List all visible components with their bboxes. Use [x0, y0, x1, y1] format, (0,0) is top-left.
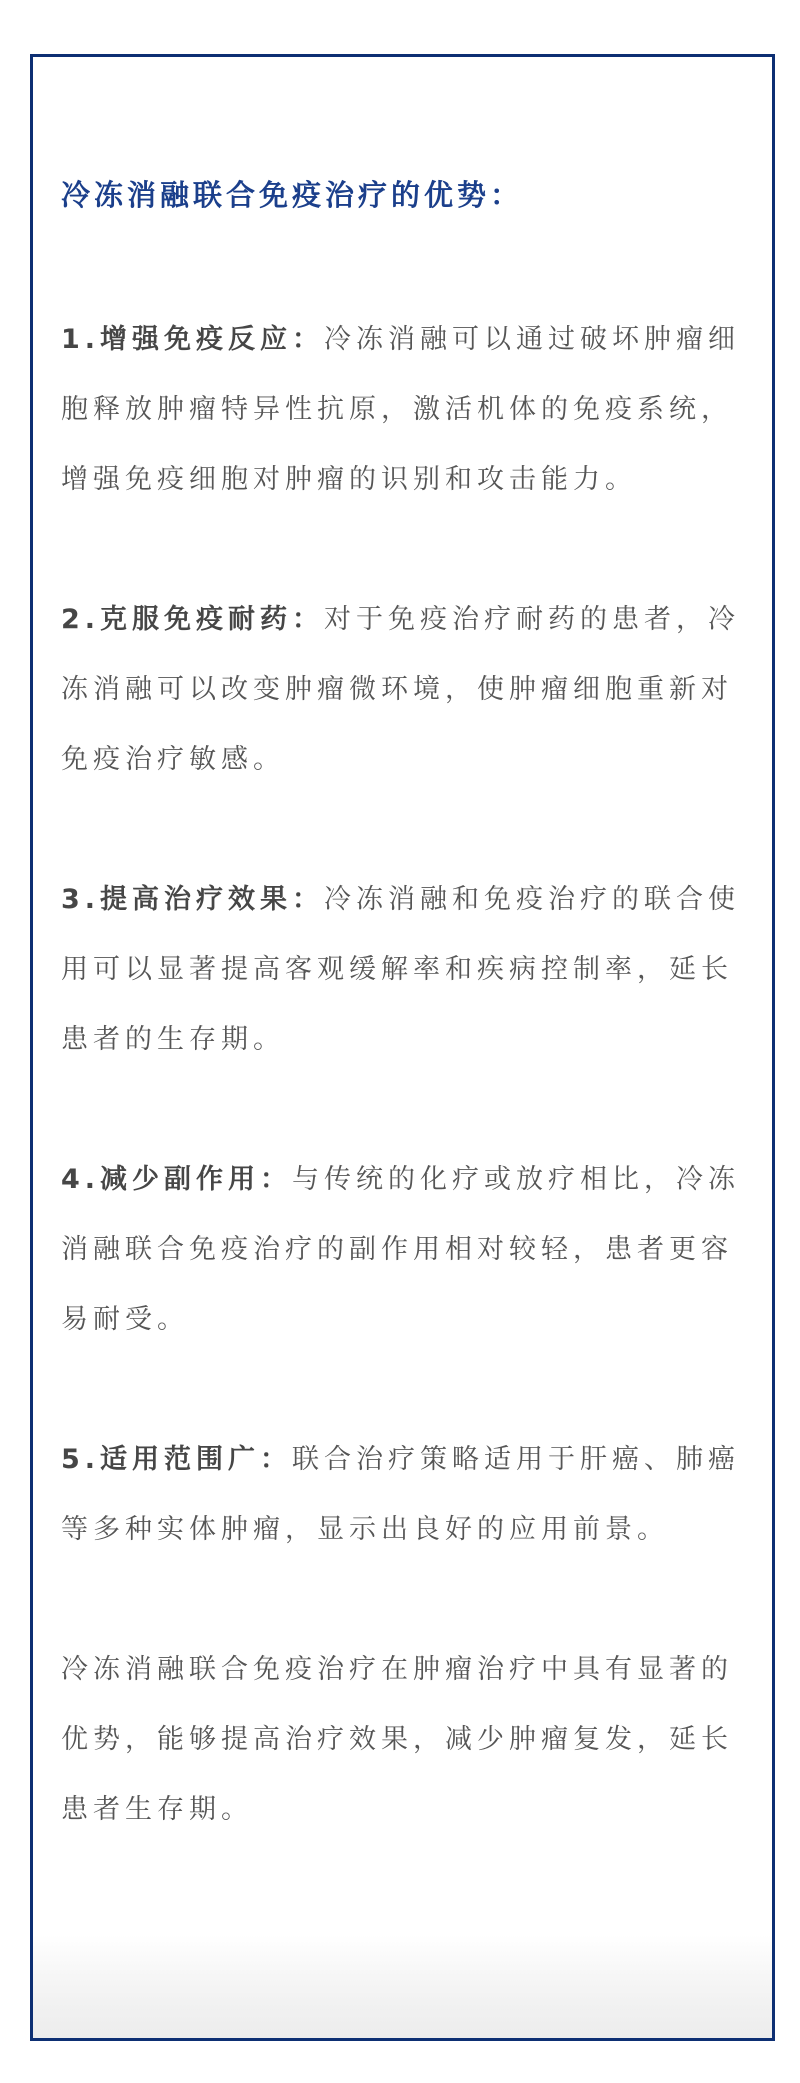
point-4: 4.减少副作用：与传统的化疗或放疗相比，冷冻消融联合免疫治疗的副作用相对较轻，患… [61, 1145, 751, 1355]
article-title: 冷冻消融联合免疫治疗的优势： [61, 160, 751, 230]
point-1: 1.增强免疫反应：冷冻消融可以通过破坏肿瘤细胞释放肿瘤特异性抗原，激活机体的免疫… [61, 305, 751, 515]
point-4-lead: 4.减少副作用： [61, 1164, 292, 1195]
point-1-lead: 1.增强免疫反应： [61, 324, 324, 355]
point-2-lead: 2.克服免疫耐药： [61, 604, 324, 635]
point-2: 2.克服免疫耐药：对于免疫治疗耐药的患者，冷冻消融可以改变肿瘤微环境，使肿瘤细胞… [61, 585, 751, 795]
article-card: 冷冻消融联合免疫治疗的优势： 1.增强免疫反应：冷冻消融可以通过破坏肿瘤细胞释放… [30, 54, 775, 2041]
article-content: 冷冻消融联合免疫治疗的优势： 1.增强免疫反应：冷冻消融可以通过破坏肿瘤细胞释放… [61, 160, 751, 1845]
point-3-lead: 3.提高治疗效果： [61, 884, 324, 915]
conclusion: 冷冻消融联合免疫治疗在肿瘤治疗中具有显著的优势，能够提高治疗效果，减少肿瘤复发，… [61, 1635, 751, 1845]
point-3: 3.提高治疗效果：冷冻消融和免疫治疗的联合使用可以显著提高客观缓解率和疾病控制率… [61, 865, 751, 1075]
point-5-lead: 5.适用范围广： [61, 1444, 292, 1475]
point-5: 5.适用范围广：联合治疗策略适用于肝癌、肺癌等多种实体肿瘤，显示出良好的应用前景… [61, 1425, 751, 1565]
